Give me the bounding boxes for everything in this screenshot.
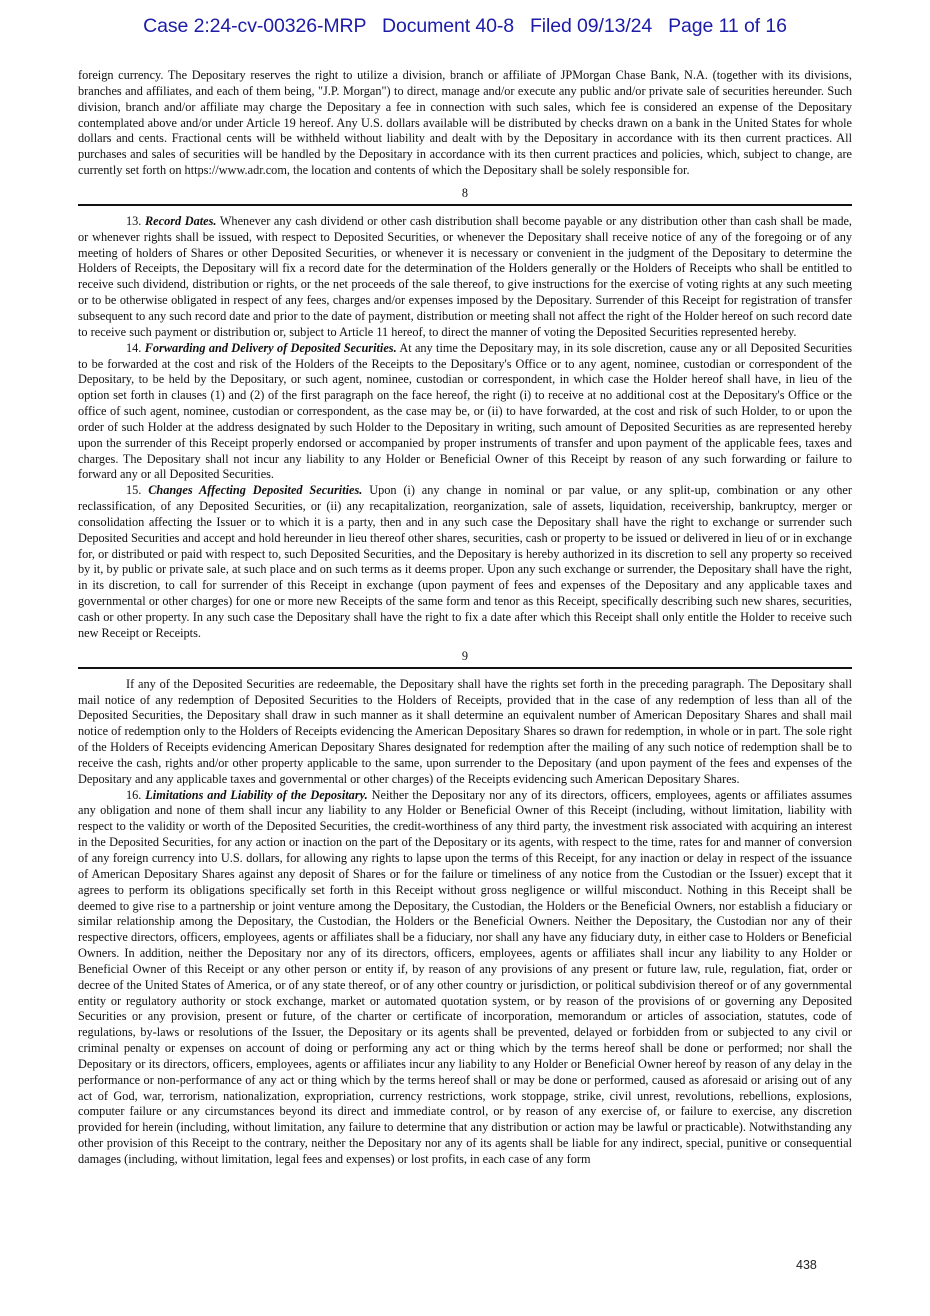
redemption-paragraph: If any of the Deposited Securities are r… [78, 677, 852, 788]
document-page: foreign currency. The Depositary reserve… [78, 68, 852, 1168]
section-16-number: 16. [126, 788, 141, 802]
section-16-title: Limitations and Liability of the Deposit… [145, 788, 367, 802]
section-14-number: 14. [126, 341, 141, 355]
page-number-9: 9 [78, 649, 852, 664]
bates-page-number: 438 [796, 1258, 817, 1272]
section-15-body: Upon (i) any change in nominal or par va… [78, 483, 852, 640]
section-16-paragraph: 16. Limitations and Liability of the Dep… [78, 788, 852, 1168]
section-13-paragraph: 13. Record Dates. Whenever any cash divi… [78, 214, 852, 341]
section-14-title: Forwarding and Delivery of Deposited Sec… [145, 341, 397, 355]
section-16-body: Neither the Depositary nor any of its di… [78, 788, 852, 1166]
page-number-8: 8 [78, 186, 852, 201]
court-filing-stamp: Case 2:24-cv-00326-MRP Document 40-8 Fil… [0, 15, 930, 38]
section-14-body: At any time the Depositary may, in its s… [78, 341, 852, 482]
page-divider [78, 204, 852, 206]
section-13-number: 13. [126, 214, 141, 228]
section-14-paragraph: 14. Forwarding and Delivery of Deposited… [78, 341, 852, 484]
section-15-number: 15. [126, 483, 141, 497]
page-divider [78, 667, 852, 669]
section-13-title: Record Dates. [145, 214, 217, 228]
section-13-body: Whenever any cash dividend or other cash… [78, 214, 852, 339]
section-15-title: Changes Affecting Deposited Securities. [148, 483, 362, 497]
continuation-paragraph: foreign currency. The Depositary reserve… [78, 68, 852, 179]
section-15-paragraph: 15. Changes Affecting Deposited Securiti… [78, 483, 852, 641]
